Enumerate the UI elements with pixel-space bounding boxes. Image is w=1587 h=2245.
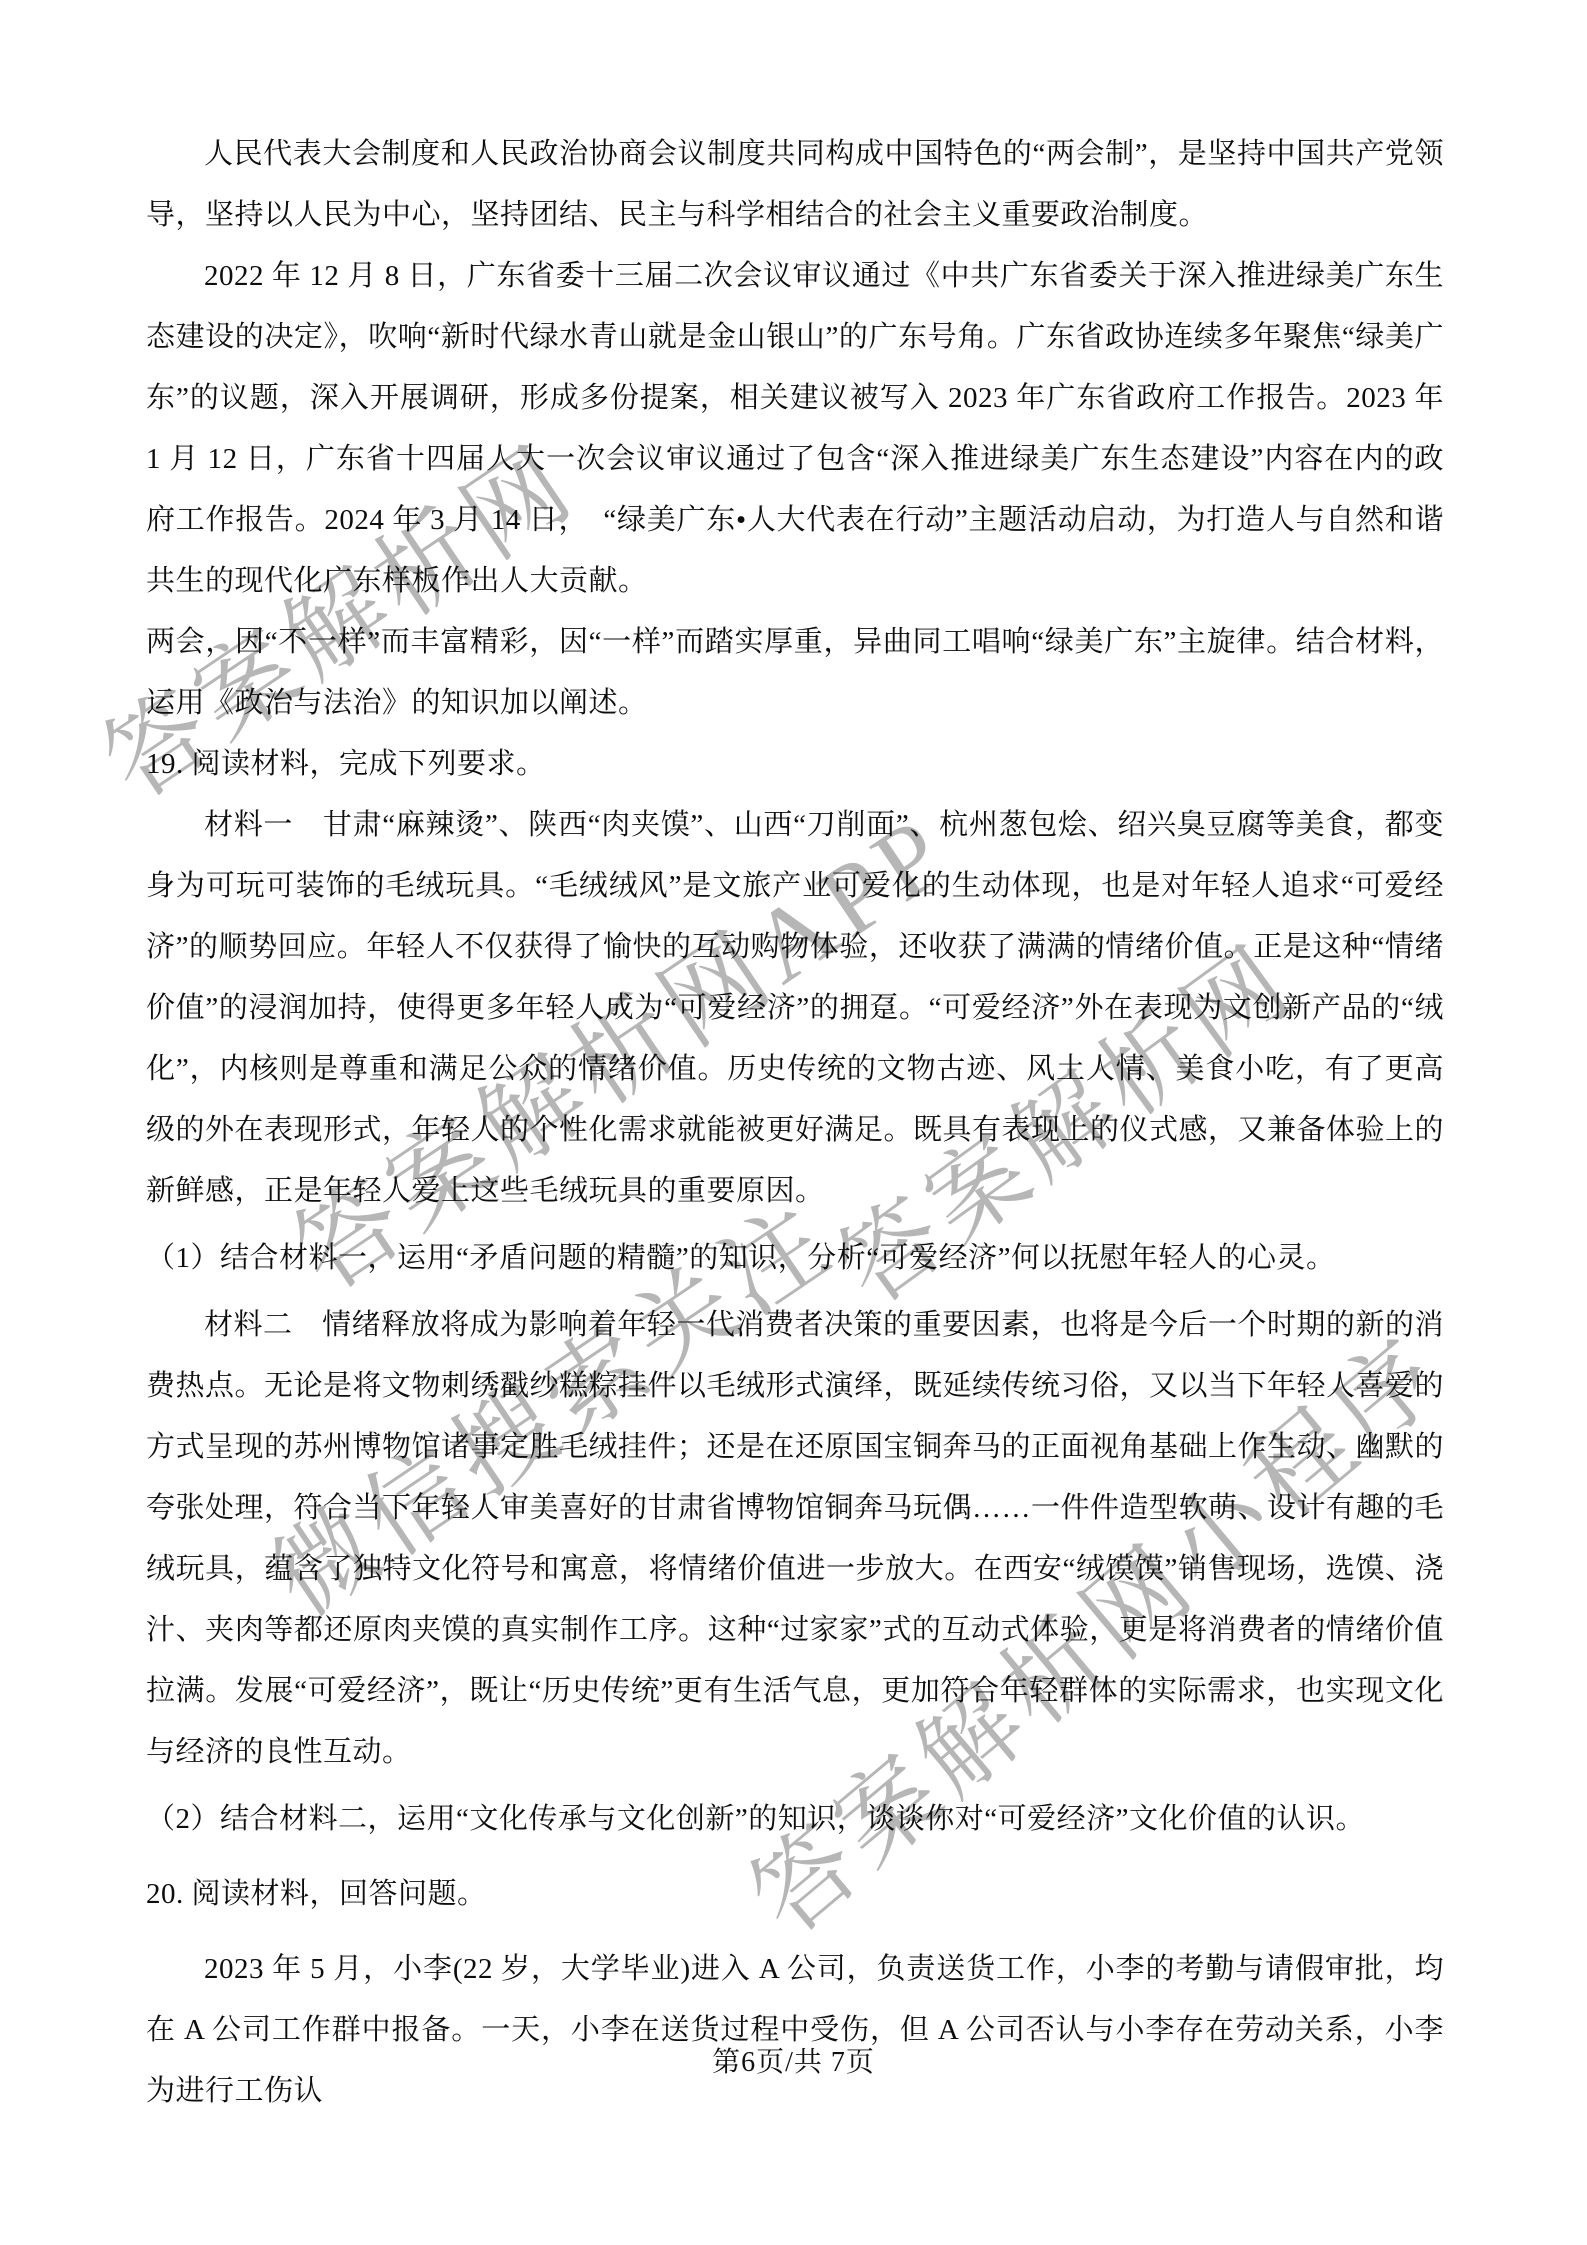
document-body: 人民代表大会制度和人民政治协商会议制度共同构成中国特色的“两会制”，是坚持中国共… xyxy=(146,124,1444,2122)
question-19-part-2: （2）结合材料二，运用“文化传承与文化创新”的知识，谈谈你对“可爱经济”文化价值… xyxy=(146,1789,1444,1850)
page-number: 第6页/共 7页 xyxy=(0,2040,1587,2080)
question-20-heading: 20. 阅读材料，回答问题。 xyxy=(146,1864,1444,1925)
question-19-heading: 19. 阅读材料，完成下列要求。 xyxy=(146,734,1444,795)
question-19-material-two: 材料二 情绪释放将成为影响着年轻一代消费者决策的重要因素，也将是今后一个时期的新… xyxy=(146,1295,1444,1783)
paragraph-two-sessions-system: 人民代表大会制度和人民政治协商会议制度共同构成中国特色的“两会制”，是坚持中国共… xyxy=(146,124,1444,246)
paragraph-two-sessions-task: 两会，因“不一样”而丰富精彩，因“一样”而踏实厚重，异曲同工唱响“绿美广东”主旋… xyxy=(146,612,1444,734)
question-19-part-1: （1）结合材料一，运用“矛盾问题的精髓”的知识，分析“可爱经济”何以抚慰年轻人的… xyxy=(146,1228,1444,1289)
exam-document-page: 答案解析网 答案解析网APP 答案解析网 微信搜索关注 答案解析网小程序 人民代… xyxy=(0,0,1587,2245)
question-20-material: 2023 年 5 月，小李(22 岁，大学毕业)进入 A 公司，负责送货工作，小… xyxy=(146,1939,1444,2122)
paragraph-green-guangdong-background: 2022 年 12 月 8 日，广东省委十三届二次会议审议通过《中共广东省委关于… xyxy=(146,246,1444,612)
question-19-material-one: 材料一 甘肃“麻辣烫”、陕西“肉夹馍”、山西“刀削面”、杭州葱包烩、绍兴臭豆腐等… xyxy=(146,795,1444,1222)
